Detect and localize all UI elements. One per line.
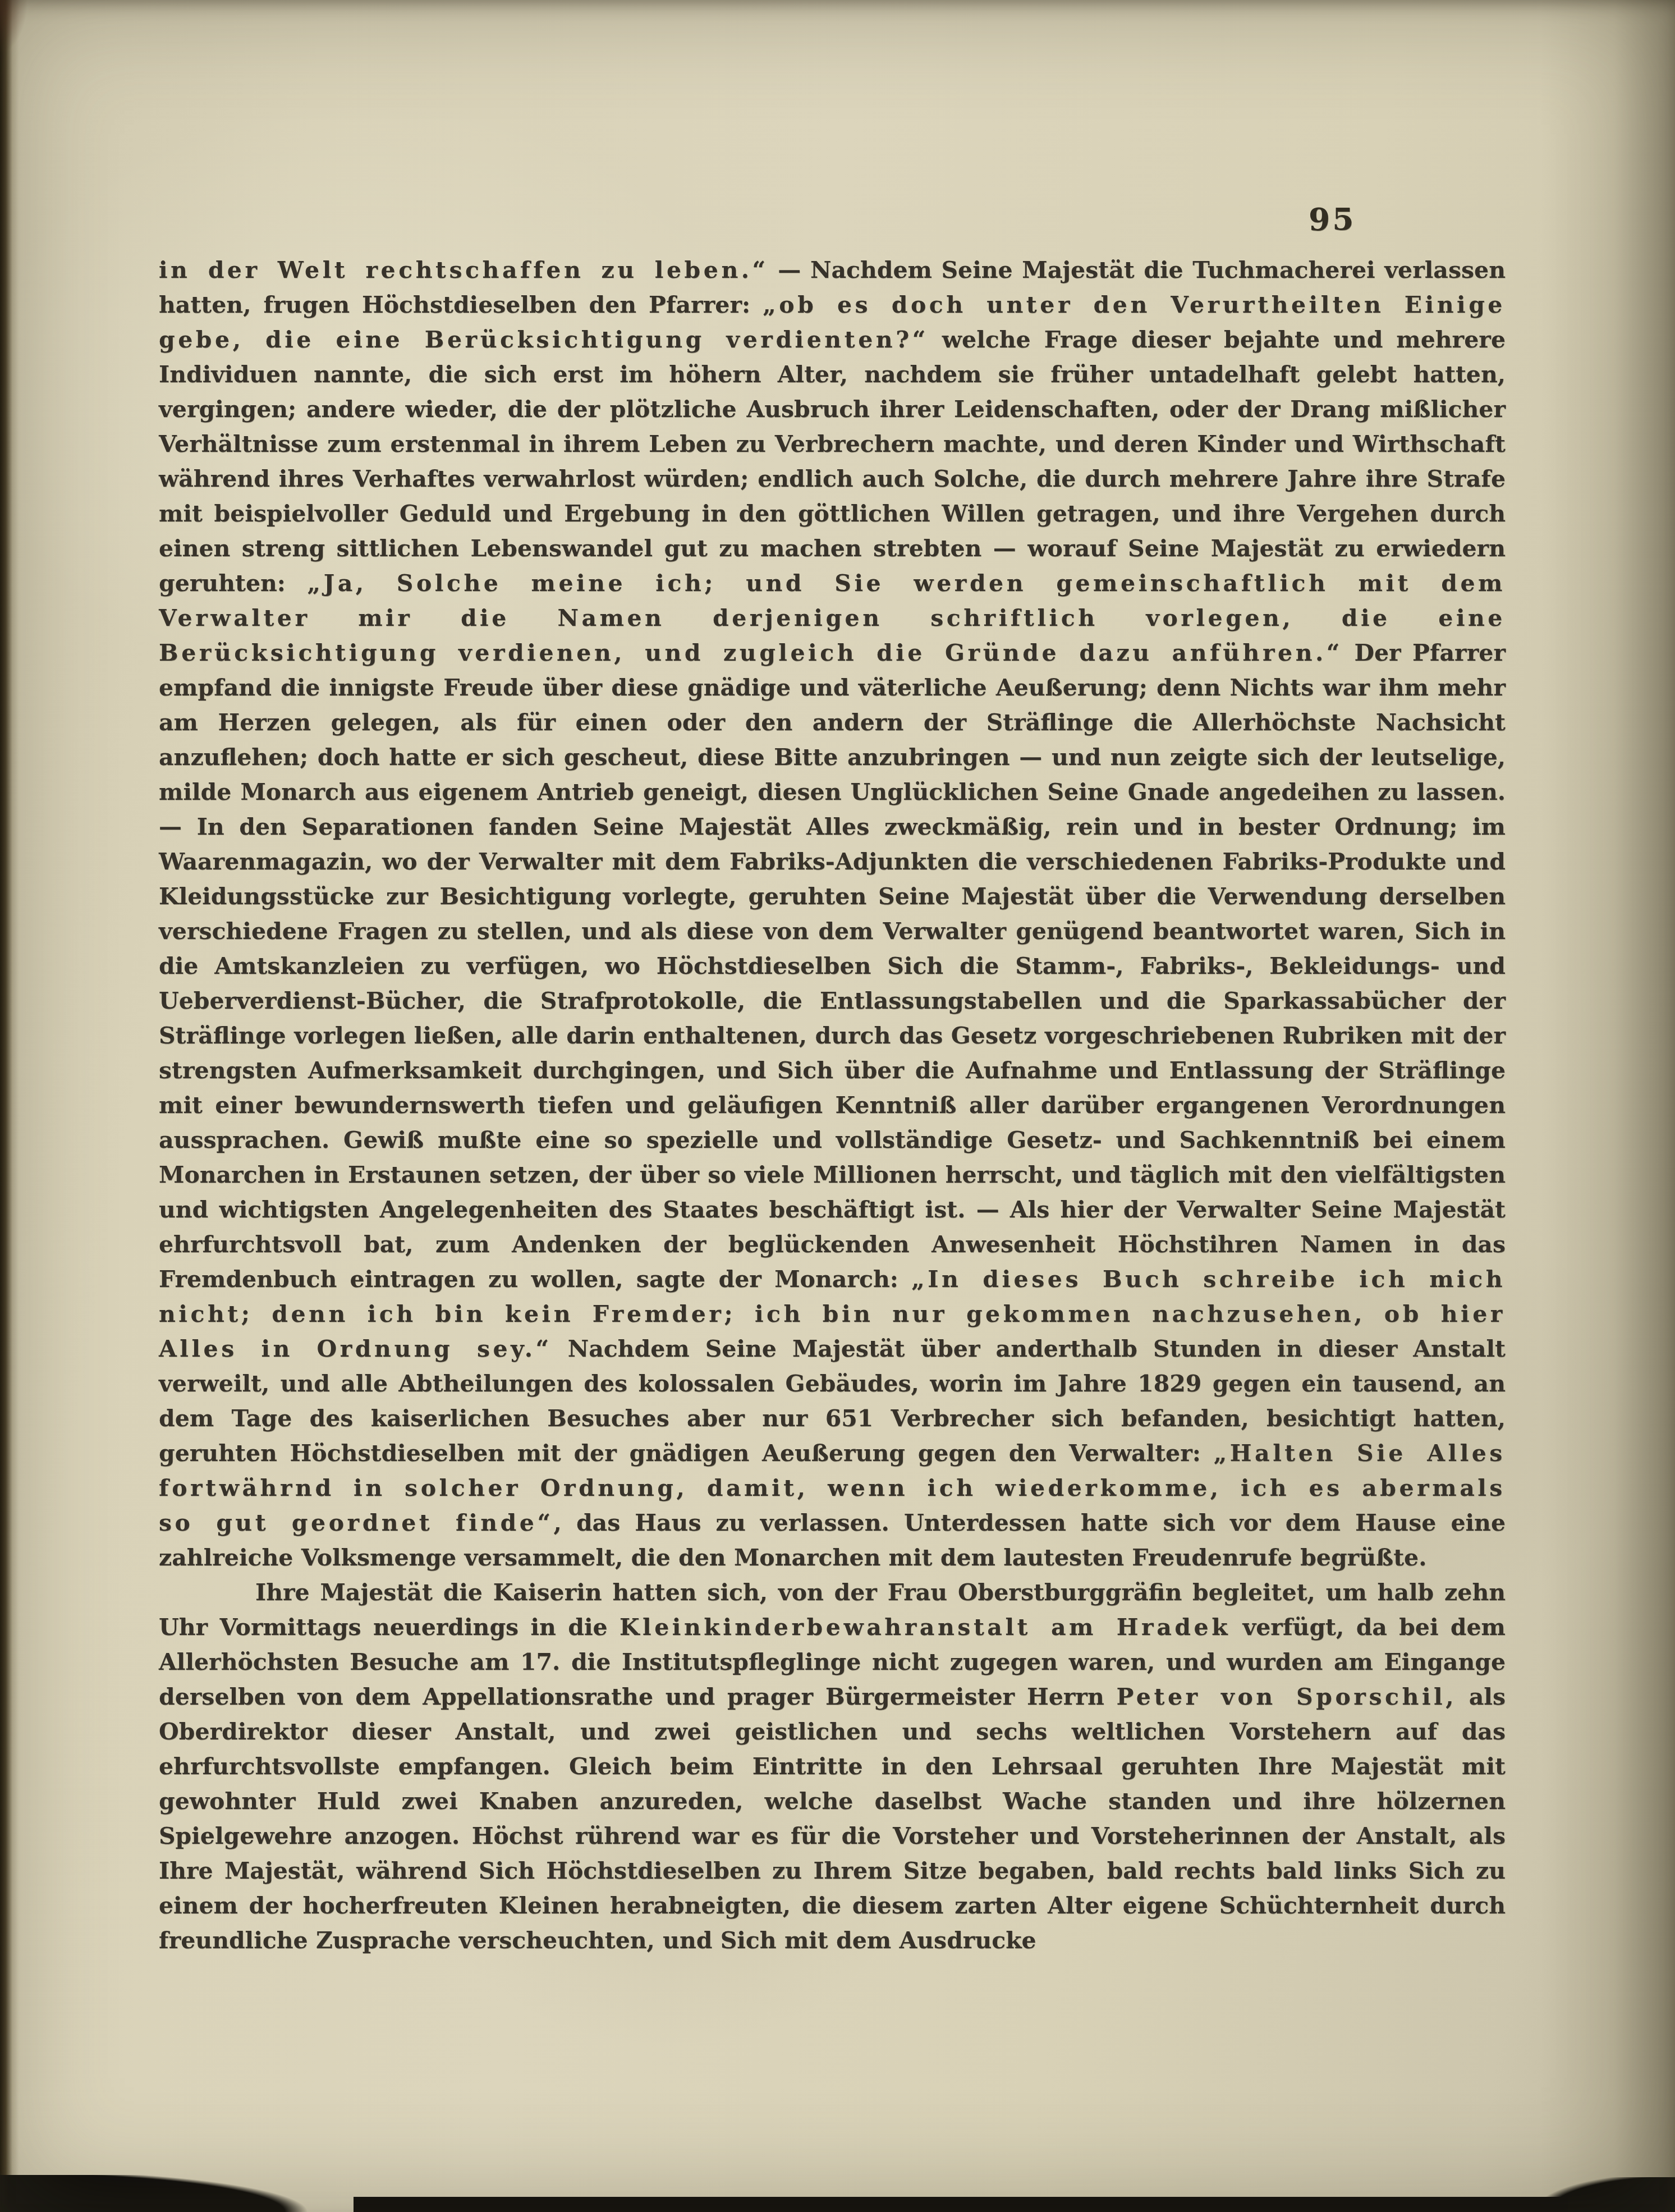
text-segment: Der Pfarrer empfand die innigste Freude …	[159, 639, 1506, 1293]
scan-shadow-bottom-left	[0, 2175, 393, 2212]
emphasized-text-segment: in der Welt rechtschaffen zu leben.“	[159, 257, 769, 283]
scan-corner-smudge	[0, 0, 39, 84]
scan-edge-bottom	[354, 2197, 1568, 2212]
page-number: 95	[1309, 201, 1356, 237]
scanned-book-page: 95 in der Welt rechtschaffen zu leben.“ …	[0, 0, 1675, 2212]
paragraph: in der Welt rechtschaffen zu leben.“ — N…	[159, 253, 1506, 1575]
emphasized-text-segment: „Ja, Solche meine ich; und Sie werden ge…	[159, 570, 1506, 666]
gutter-shadow	[0, 0, 19, 2212]
emphasized-text-segment: Kleinkinderbewahranstalt am Hradek	[619, 1614, 1231, 1641]
page-text: in der Welt rechtschaffen zu leben.“ — N…	[159, 253, 1506, 1958]
text-segment: als Oberdirektor dieser Anstalt, und zwe…	[159, 1683, 1506, 1954]
emphasized-text-segment: Peter von Sporschil,	[1117, 1683, 1457, 1710]
text-segment: welche Frage dieser bejahte und mehrere …	[159, 326, 1506, 597]
paragraph: Ihre Majestät die Kaiserin hatten sich, …	[159, 1575, 1506, 1958]
page-curve-shading	[1540, 0, 1675, 2212]
